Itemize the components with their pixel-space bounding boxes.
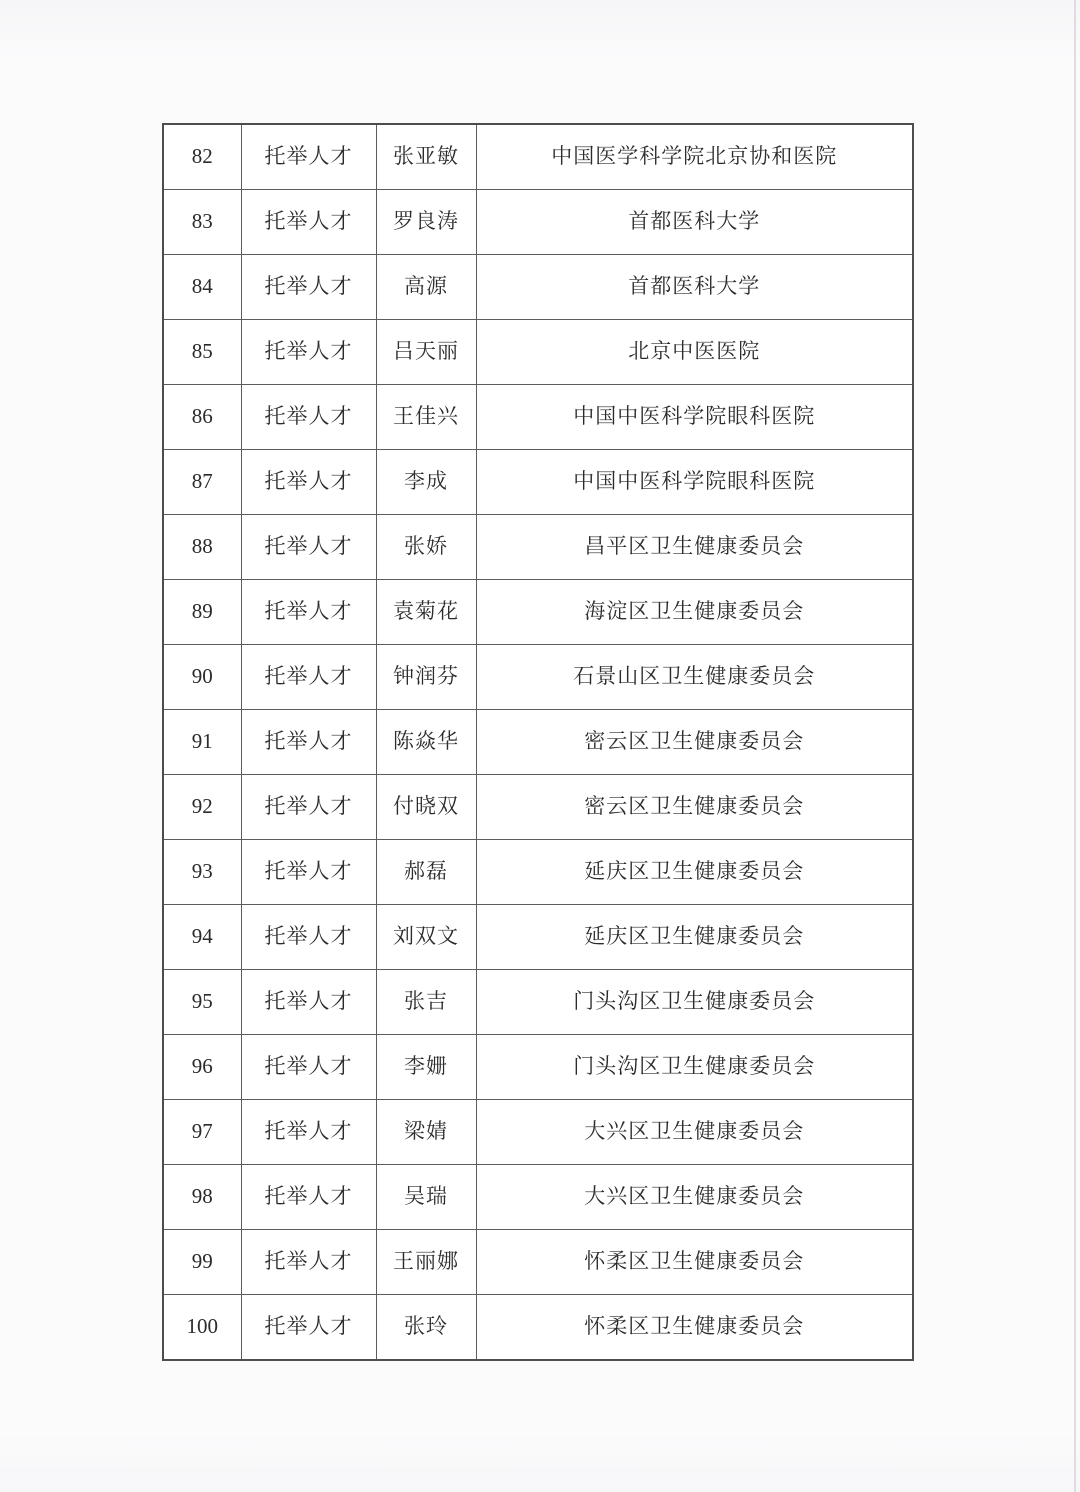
cell-index: 96	[163, 1035, 241, 1100]
cell-name: 王佳兴	[376, 385, 476, 450]
table-row: 92托举人才付晓双密云区卫生健康委员会	[163, 775, 913, 840]
cell-organization: 延庆区卫生健康委员会	[476, 840, 913, 905]
cell-category: 托举人才	[241, 1035, 376, 1100]
cell-name: 刘双文	[376, 905, 476, 970]
talent-table-body: 82托举人才张亚敏中国医学科学院北京协和医院83托举人才罗良涛首都医科大学84托…	[163, 124, 913, 1360]
cell-name: 罗良涛	[376, 190, 476, 255]
cell-name: 张玲	[376, 1295, 476, 1361]
cell-category: 托举人才	[241, 1165, 376, 1230]
cell-index: 90	[163, 645, 241, 710]
table-row: 96托举人才李姗门头沟区卫生健康委员会	[163, 1035, 913, 1100]
cell-index: 92	[163, 775, 241, 840]
cell-category: 托举人才	[241, 775, 376, 840]
cell-organization: 首都医科大学	[476, 190, 913, 255]
cell-organization: 密云区卫生健康委员会	[476, 710, 913, 775]
table-row: 95托举人才张吉门头沟区卫生健康委员会	[163, 970, 913, 1035]
cell-category: 托举人才	[241, 1230, 376, 1295]
cell-index: 86	[163, 385, 241, 450]
cell-organization: 门头沟区卫生健康委员会	[476, 1035, 913, 1100]
cell-index: 97	[163, 1100, 241, 1165]
cell-organization: 大兴区卫生健康委员会	[476, 1100, 913, 1165]
table-row: 93托举人才郝磊延庆区卫生健康委员会	[163, 840, 913, 905]
cell-organization: 石景山区卫生健康委员会	[476, 645, 913, 710]
cell-index: 84	[163, 255, 241, 320]
cell-organization: 中国中医科学院眼科医院	[476, 450, 913, 515]
talent-table: 82托举人才张亚敏中国医学科学院北京协和医院83托举人才罗良涛首都医科大学84托…	[162, 123, 914, 1361]
cell-name: 李成	[376, 450, 476, 515]
cell-name: 梁婧	[376, 1100, 476, 1165]
cell-category: 托举人才	[241, 1295, 376, 1361]
cell-name: 张娇	[376, 515, 476, 580]
cell-index: 87	[163, 450, 241, 515]
cell-category: 托举人才	[241, 450, 376, 515]
table-row: 84托举人才高源首都医科大学	[163, 255, 913, 320]
cell-index: 82	[163, 124, 241, 190]
table-row: 88托举人才张娇昌平区卫生健康委员会	[163, 515, 913, 580]
table-row: 100托举人才张玲怀柔区卫生健康委员会	[163, 1295, 913, 1361]
cell-index: 83	[163, 190, 241, 255]
cell-category: 托举人才	[241, 515, 376, 580]
cell-index: 91	[163, 710, 241, 775]
cell-category: 托举人才	[241, 385, 376, 450]
table-row: 90托举人才钟润芬石景山区卫生健康委员会	[163, 645, 913, 710]
cell-organization: 门头沟区卫生健康委员会	[476, 970, 913, 1035]
cell-index: 93	[163, 840, 241, 905]
cell-category: 托举人才	[241, 645, 376, 710]
cell-name: 陈焱华	[376, 710, 476, 775]
table-row: 98托举人才吴瑞大兴区卫生健康委员会	[163, 1165, 913, 1230]
table-row: 89托举人才袁菊花海淀区卫生健康委员会	[163, 580, 913, 645]
cell-organization: 北京中医医院	[476, 320, 913, 385]
cell-organization: 首都医科大学	[476, 255, 913, 320]
cell-name: 郝磊	[376, 840, 476, 905]
cell-name: 吴瑞	[376, 1165, 476, 1230]
cell-name: 张亚敏	[376, 124, 476, 190]
cell-organization: 密云区卫生健康委员会	[476, 775, 913, 840]
cell-index: 94	[163, 905, 241, 970]
cell-category: 托举人才	[241, 124, 376, 190]
cell-index: 99	[163, 1230, 241, 1295]
table-row: 85托举人才吕天丽北京中医医院	[163, 320, 913, 385]
cell-index: 95	[163, 970, 241, 1035]
cell-category: 托举人才	[241, 1100, 376, 1165]
cell-name: 付晓双	[376, 775, 476, 840]
cell-name: 吕天丽	[376, 320, 476, 385]
cell-category: 托举人才	[241, 905, 376, 970]
table-row: 83托举人才罗良涛首都医科大学	[163, 190, 913, 255]
cell-name: 高源	[376, 255, 476, 320]
cell-category: 托举人才	[241, 255, 376, 320]
cell-name: 钟润芬	[376, 645, 476, 710]
cell-index: 100	[163, 1295, 241, 1361]
cell-name: 李姗	[376, 1035, 476, 1100]
cell-organization: 怀柔区卫生健康委员会	[476, 1230, 913, 1295]
cell-index: 89	[163, 580, 241, 645]
cell-organization: 中国中医科学院眼科医院	[476, 385, 913, 450]
cell-organization: 海淀区卫生健康委员会	[476, 580, 913, 645]
cell-organization: 大兴区卫生健康委员会	[476, 1165, 913, 1230]
table-row: 94托举人才刘双文延庆区卫生健康委员会	[163, 905, 913, 970]
cell-category: 托举人才	[241, 190, 376, 255]
cell-organization: 昌平区卫生健康委员会	[476, 515, 913, 580]
table-row: 82托举人才张亚敏中国医学科学院北京协和医院	[163, 124, 913, 190]
document-page: 82托举人才张亚敏中国医学科学院北京协和医院83托举人才罗良涛首都医科大学84托…	[0, 0, 1080, 1492]
cell-name: 袁菊花	[376, 580, 476, 645]
cell-name: 张吉	[376, 970, 476, 1035]
cell-organization: 中国医学科学院北京协和医院	[476, 124, 913, 190]
cell-index: 88	[163, 515, 241, 580]
cell-category: 托举人才	[241, 710, 376, 775]
cell-category: 托举人才	[241, 840, 376, 905]
cell-organization: 怀柔区卫生健康委员会	[476, 1295, 913, 1361]
table-row: 86托举人才王佳兴中国中医科学院眼科医院	[163, 385, 913, 450]
table-row: 97托举人才梁婧大兴区卫生健康委员会	[163, 1100, 913, 1165]
cell-category: 托举人才	[241, 320, 376, 385]
table-row: 91托举人才陈焱华密云区卫生健康委员会	[163, 710, 913, 775]
table-row: 99托举人才王丽娜怀柔区卫生健康委员会	[163, 1230, 913, 1295]
cell-index: 85	[163, 320, 241, 385]
cell-name: 王丽娜	[376, 1230, 476, 1295]
cell-category: 托举人才	[241, 970, 376, 1035]
page-edge-line	[1074, 0, 1076, 1492]
table-row: 87托举人才李成中国中医科学院眼科医院	[163, 450, 913, 515]
cell-category: 托举人才	[241, 580, 376, 645]
cell-index: 98	[163, 1165, 241, 1230]
cell-organization: 延庆区卫生健康委员会	[476, 905, 913, 970]
